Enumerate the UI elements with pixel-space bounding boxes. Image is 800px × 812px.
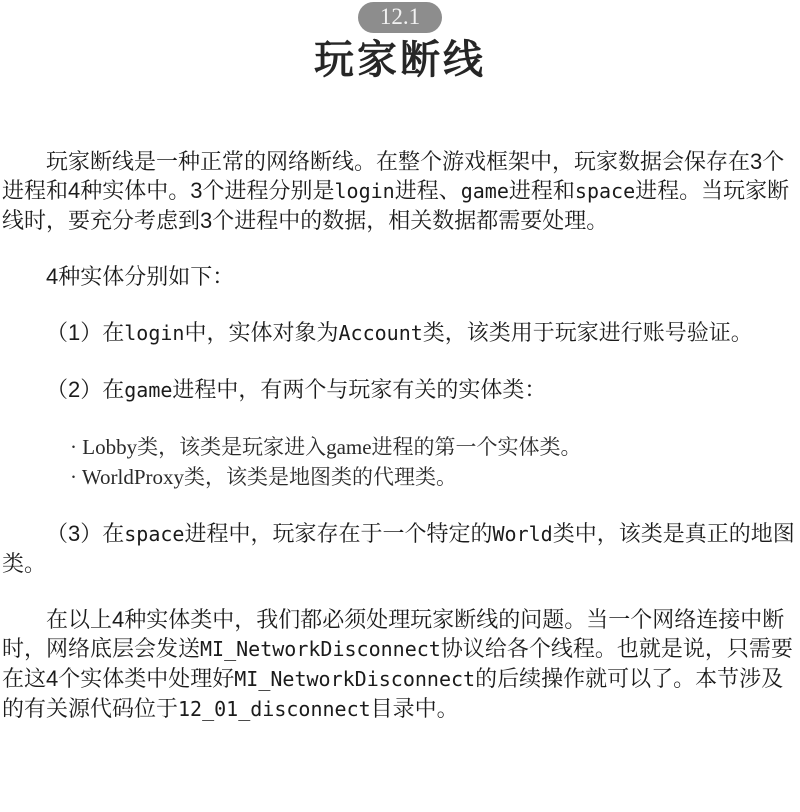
paragraph-2: 4种实体分别如下： (2, 262, 798, 291)
body-text: 进程、 (395, 178, 461, 203)
section-badge-row: 12.1 (0, 0, 800, 33)
body-text: 目录中。 (371, 696, 459, 721)
content: 玩家断线是一种正常的网络断线。在整个游戏框架中，玩家数据会保存在3个进程和4种实… (0, 83, 800, 724)
body-text: 中，实体对象为 (184, 320, 338, 345)
paragraph-5: · Lobby类，该类是玩家进入game进程的第一个实体类。 (70, 432, 798, 462)
body-text: · Lobby类，该类是玩家进入game进程的第一个实体类。 (70, 435, 582, 459)
body-text: 4种实体分别如下： (46, 264, 234, 289)
code-text: Account (338, 321, 422, 345)
code-text: 12_01_disconnect (178, 697, 371, 721)
book-page: 12.1 玩家断线 玩家断线是一种正常的网络断线。在整个游戏框架中，玩家数据会保… (0, 0, 800, 812)
code-text: space (575, 179, 635, 203)
paragraph-6: · WorldProxy类，该类是地图类的代理类。 (70, 462, 798, 492)
paragraph-3: （1）在login中，实体对象为Account类，该类用于玩家进行账号验证。 (2, 318, 798, 348)
section-title: 玩家断线 (0, 37, 800, 83)
code-text: MI_NetworkDisconnect (200, 637, 441, 661)
code-text: login (124, 321, 184, 345)
code-text: game (124, 378, 172, 402)
body-text: （2）在 (46, 377, 124, 402)
code-text: World (492, 522, 552, 546)
code-text: login (334, 179, 394, 203)
code-text: game (461, 179, 509, 203)
body-text: 进程和 (509, 178, 575, 203)
paragraph-8: 在以上4种实体类中，我们都必须处理玩家断线的问题。当一个网络连接中断时，网络底层… (2, 605, 798, 724)
paragraph-7: （3）在space进程中，玩家存在于一个特定的World类中，该类是真正的地图类… (2, 519, 798, 578)
body-text: 类，该类用于玩家进行账号验证。 (423, 320, 753, 345)
code-text: MI_NetworkDisconnect (234, 667, 475, 691)
body-text: · WorldProxy类，该类是地图类的代理类。 (70, 465, 457, 489)
body-text: （3）在 (46, 521, 124, 546)
section-number-badge: 12.1 (358, 2, 442, 33)
paragraph-4: （2）在game进程中，有两个与玩家有关的实体类： (2, 375, 798, 405)
code-text: space (124, 522, 184, 546)
bullet-list: · Lobby类，该类是玩家进入game进程的第一个实体类。· WorldPro… (2, 432, 798, 492)
body-text: （1）在 (46, 320, 124, 345)
body-text: 进程中，有两个与玩家有关的实体类： (172, 377, 546, 402)
body-text: 进程中，玩家存在于一个特定的 (184, 521, 492, 546)
paragraph-1: 玩家断线是一种正常的网络断线。在整个游戏框架中，玩家数据会保存在3个进程和4种实… (2, 147, 798, 235)
